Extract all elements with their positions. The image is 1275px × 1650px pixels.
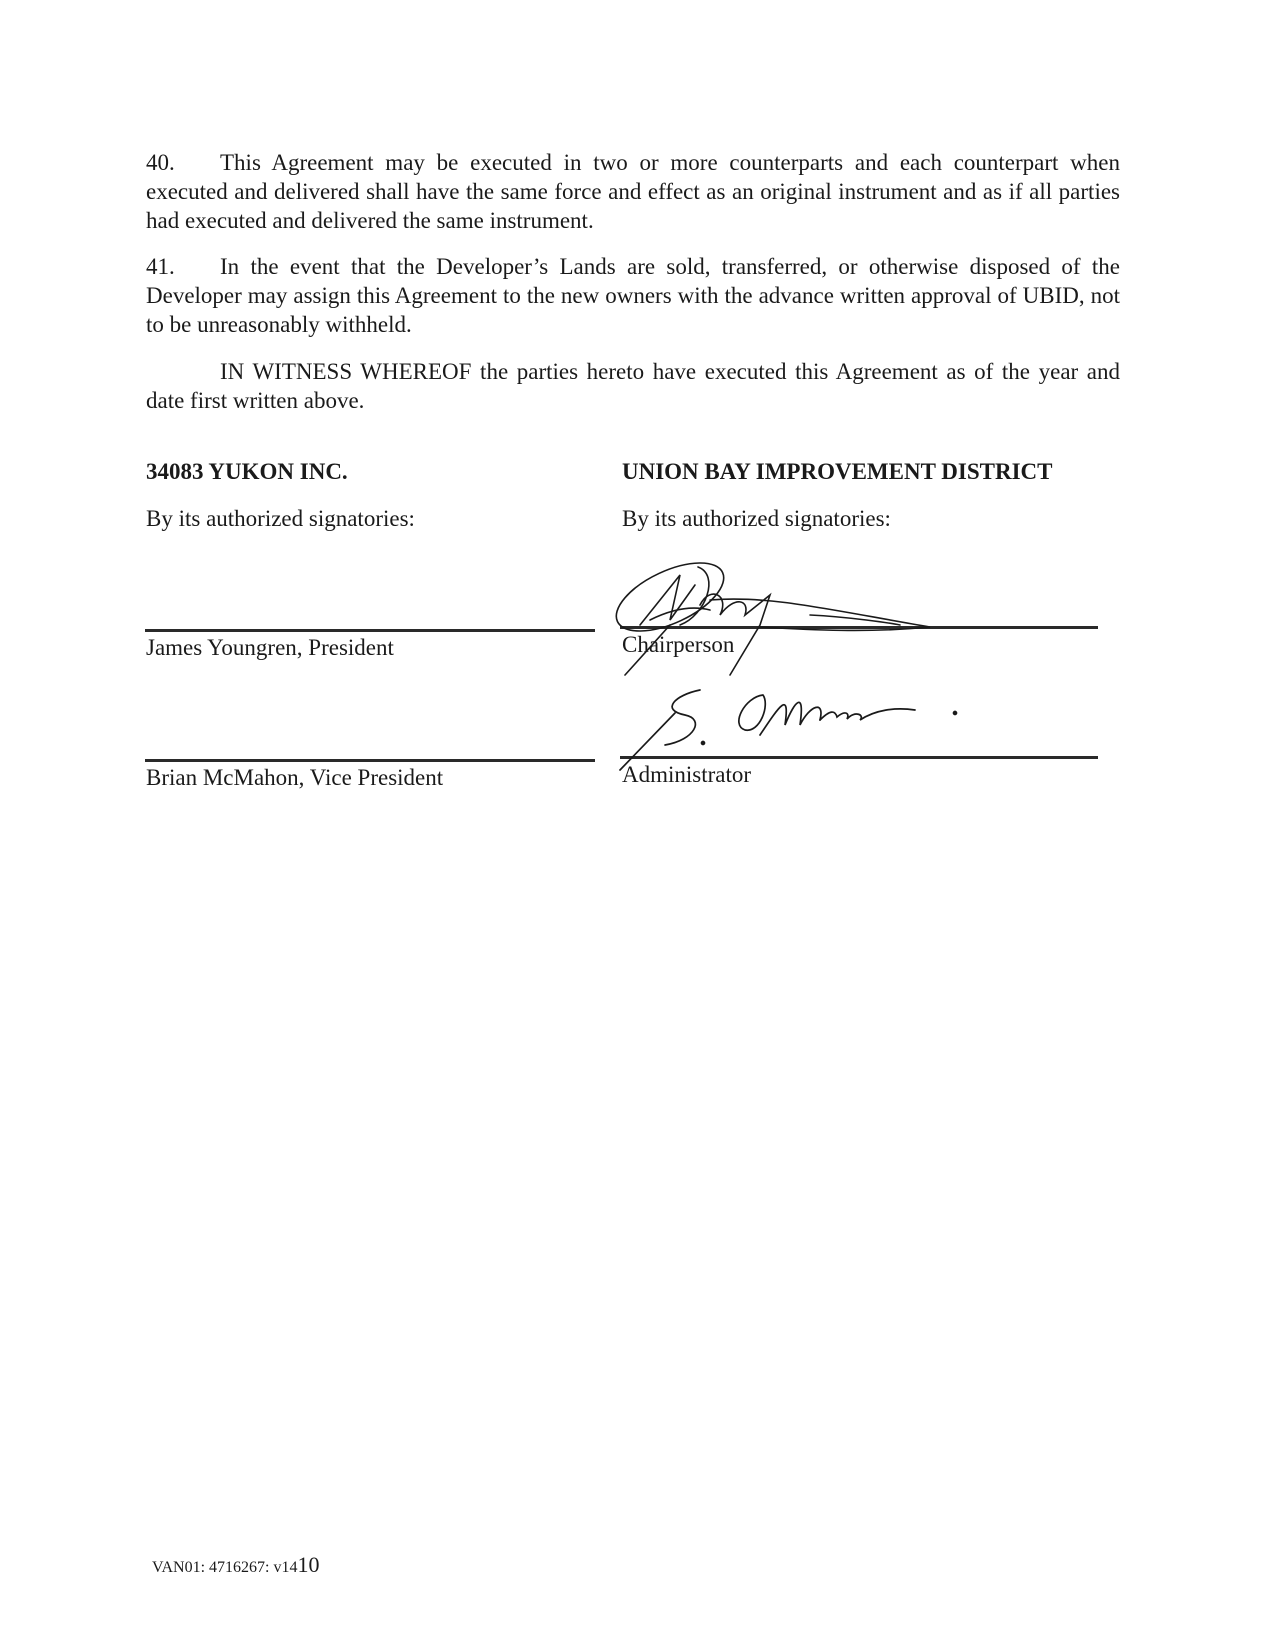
paragraph-41: 41.In the event that the Developer’s Lan… [146, 252, 1120, 339]
left-party-name: 34083 YUKON INC. [146, 458, 348, 486]
paragraph-number: 40. [146, 148, 220, 177]
chairperson-signature [610, 555, 990, 685]
right-party-subtitle: By its authorized signatories: [622, 505, 891, 533]
document-reference: VAN01: 4716267: v14 [152, 1559, 298, 1576]
left-party-subtitle: By its authorized signatories: [146, 505, 415, 533]
right-party-name: UNION BAY IMPROVEMENT DISTRICT [622, 458, 1052, 486]
paragraph-number: 41. [146, 252, 220, 281]
document-footer: VAN01: 4716267: v1410 [152, 1552, 320, 1578]
paragraph-40: 40.This Agreement may be executed in two… [146, 148, 1120, 235]
signature-line-chairperson [620, 626, 1098, 629]
signatory-label-president: James Youngren, President [146, 634, 394, 662]
page-number: 10 [298, 1552, 320, 1577]
paragraph-text: This Agreement may be executed in two or… [146, 150, 1120, 233]
signature-line-administrator [620, 756, 1098, 759]
signature-line-vice-president [145, 759, 595, 762]
witness-clause: IN WITNESS WHEREOF the parties hereto ha… [146, 357, 1120, 415]
signature-line-president [145, 629, 595, 632]
paragraph-text: In the event that the Developer’s Lands … [146, 254, 1120, 337]
signatory-label-administrator: Administrator [622, 761, 751, 789]
signatory-label-vice-president: Brian McMahon, Vice President [146, 764, 443, 792]
document-page: 40.This Agreement may be executed in two… [0, 0, 1275, 1650]
signatory-label-chairperson: Chairperson [622, 631, 734, 659]
